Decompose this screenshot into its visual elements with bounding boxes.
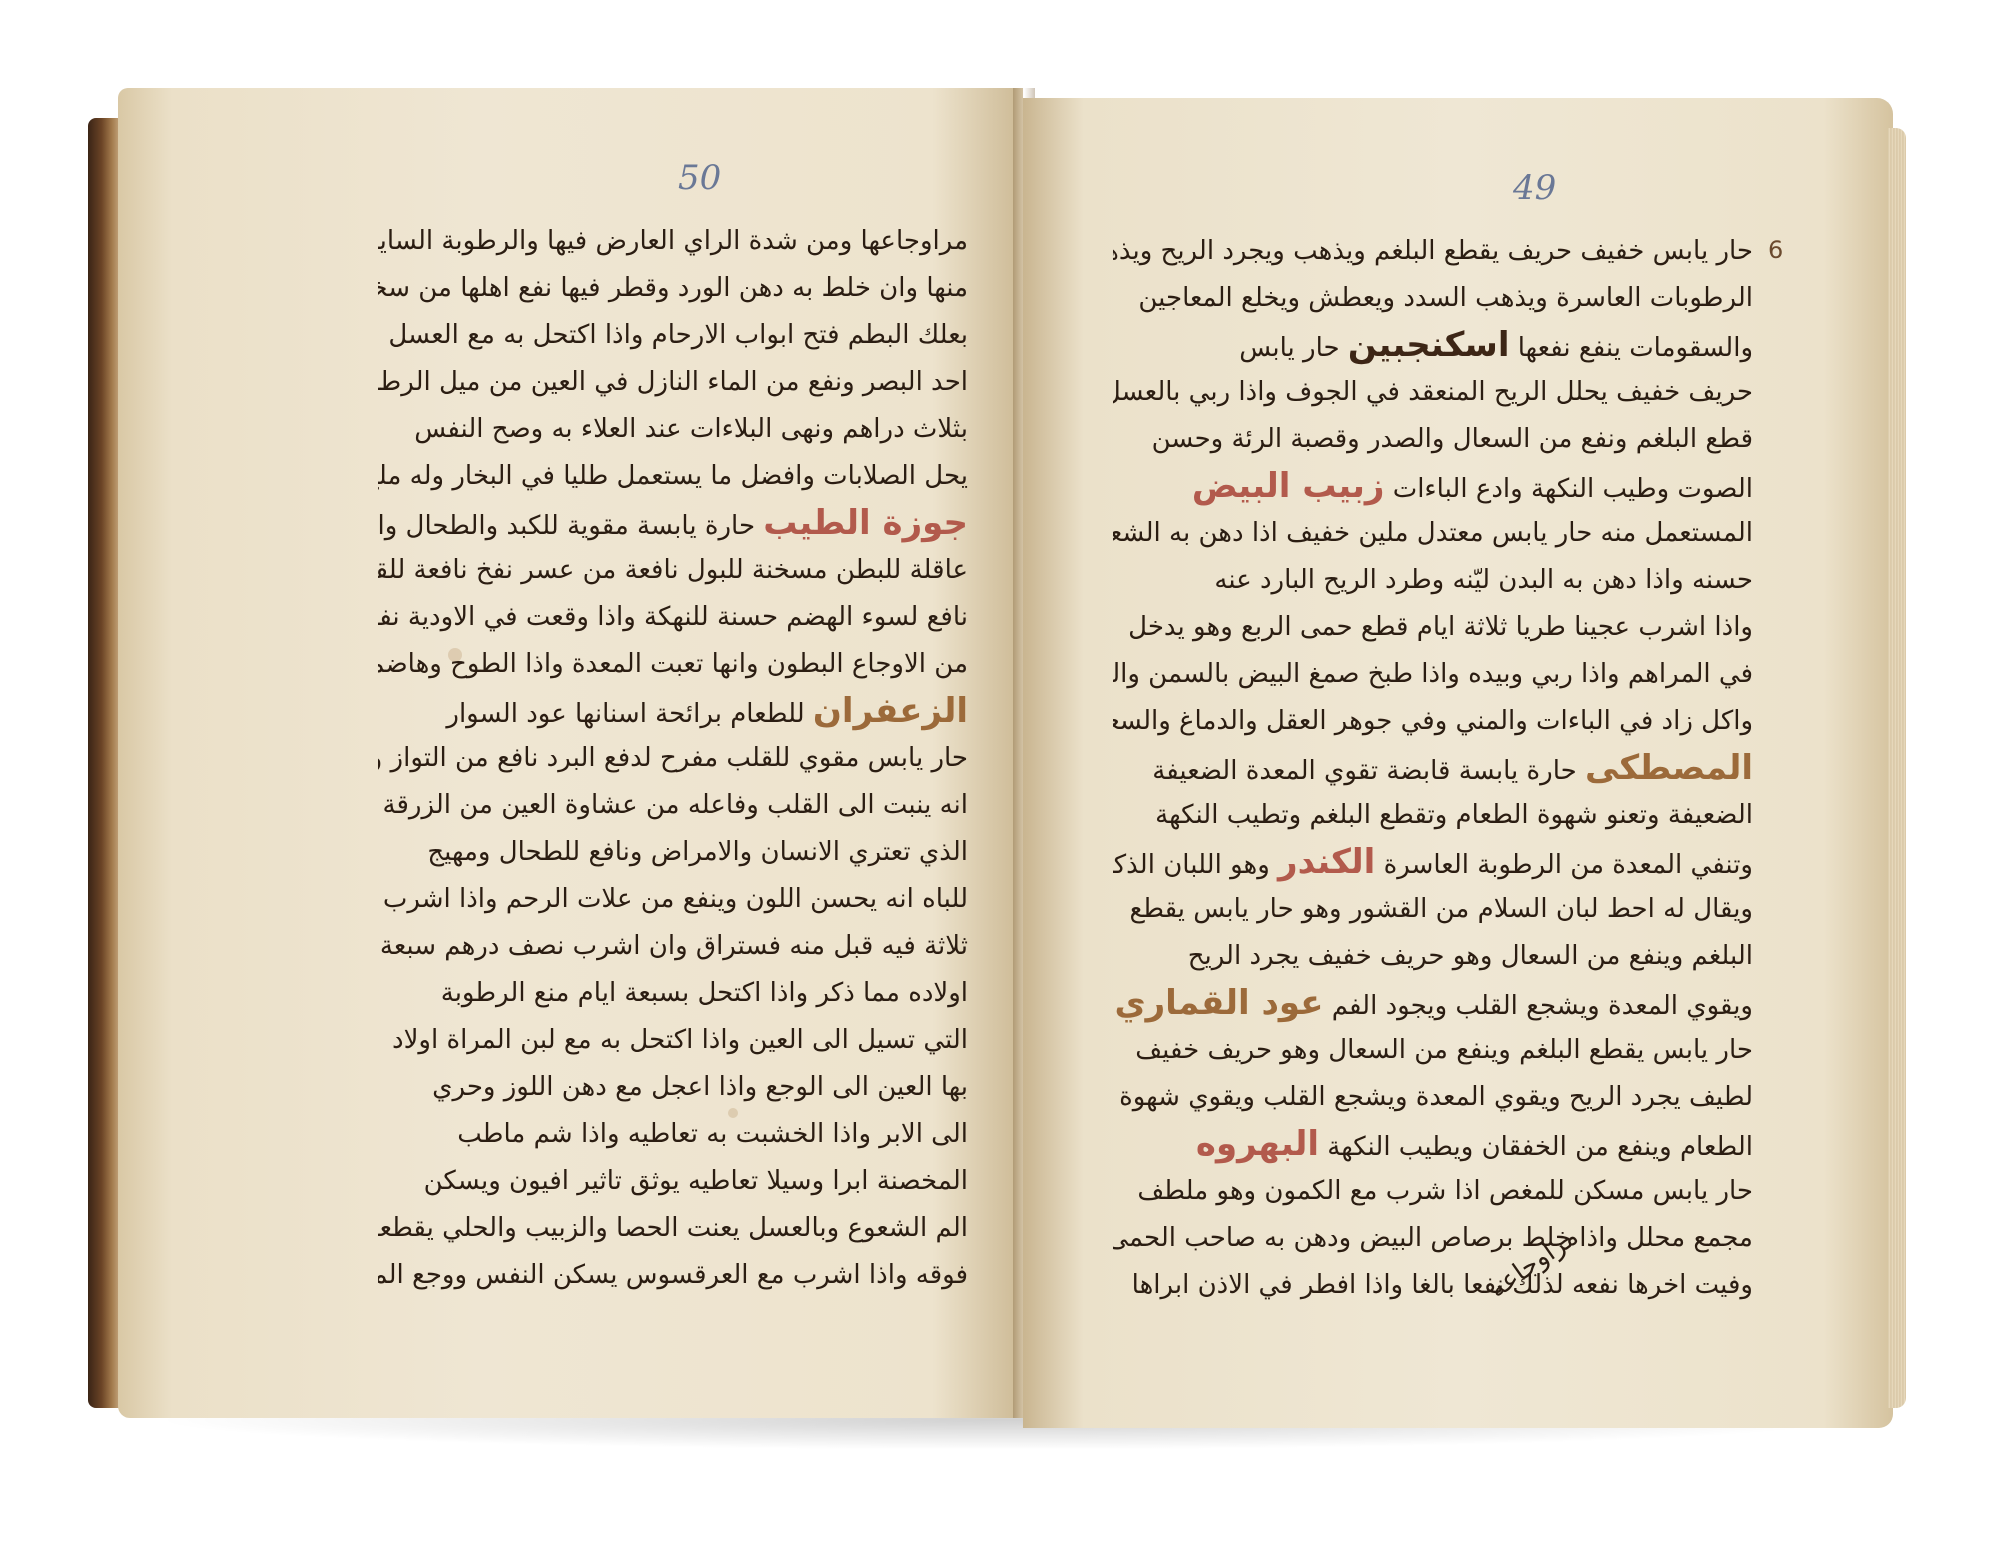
rubric-heading: عود القماري [1114,983,1323,1023]
margin-line-number: 6 [1768,236,1783,264]
line-text: ويقوي المعدة ويشجع القلب ويجود الفم [1323,991,1753,1021]
manuscript-line: نافع لسوء الهضم حسنة للنهكة واذا وقعت في… [378,594,968,641]
manuscript-line: حار يابس مسكن للمغص اذا شرب مع الكمون وه… [1113,1168,1753,1215]
manuscript-line: المخصنة ابرا وسيلا تعاطيه يوثق تاثير افي… [378,1158,968,1205]
manuscript-line: عاقلة للبطن مسخنة للبول نافعة من عسر نفخ… [378,547,968,594]
manuscript-line: ويقال له احط لبان السلام من القشور وهو ح… [1113,886,1753,933]
page-number-right: 49 [1513,168,1556,208]
manuscript-line: منها وان خلط به دهن الورد وقطر فيها نفع … [378,265,968,312]
manuscript-line: الزعفران للطعام برائحة اسنانها عود السوا… [378,688,968,735]
rubric-heading: البهروه [1196,1124,1319,1164]
manuscript-line: اولاده مما ذكر واذا اكتحل بسبعة ايام منع… [378,970,968,1017]
manuscript-line: ويقوي المعدة ويشجع القلب ويجود الفم عود … [1113,980,1753,1027]
manuscript-line: الى الابر واذا الخشبت به تعاطيه واذا شم … [378,1111,968,1158]
manuscript-line: وفيت اخرها نفعه لذلك نفعا بالغا واذا افط… [1113,1262,1753,1309]
line-text: حار يابس [1239,333,1348,363]
manuscript-line: التي تسيل الى العين واذا اكتحل به مع لبن… [378,1017,968,1064]
line-text: وهو اللبان الذكر [1113,850,1278,880]
manuscript-line: للباه انه يحسن اللون وينفع من علات الرحم… [378,876,968,923]
line-text: وتنفي المعدة من الرطوبة العاسرة [1375,850,1753,880]
manuscript-line: مجمع محلل واذا خلط برصاص البيض ودهن به ص… [1113,1215,1753,1262]
rubric-heading: جوزة الطيب [763,503,968,543]
manuscript-line: الذي تعتري الانسان والامراض ونافع للطحال… [378,829,968,876]
manuscript-line: احد البصر ونفع من الماء النازل في العين … [378,359,968,406]
right-page-text: حار يابس خفيف حريف يقطع البلغم ويذهب ويج… [1113,228,1753,1309]
manuscript-line: واذا اشرب عجينا طريا ثلاثة ايام قطع حمى … [1113,604,1753,651]
open-manuscript: 50 مراوجاعها ومن شدة الراي العارض فيها و… [88,88,1908,1478]
line-text: الطعام وينفع من الخفقان ويطيب النكهة [1319,1132,1753,1162]
manuscript-line: حار يابس يقطع البلغم وينفع من السعال وهو… [1113,1027,1753,1074]
line-text: حارة يابسة قابضة تقوي المعدة الضعيفة [1152,756,1585,786]
manuscript-line: جوزة الطيب حارة يابسة مقوية للكبد والطحا… [378,500,968,547]
manuscript-line: من الاوجاع البطون وانها تعبت المعدة واذا… [378,641,968,688]
manuscript-line: يحل الصلابات وافضل ما يستعمل طليا في الب… [378,453,968,500]
manuscript-line: بها العين الى الوجع واذا اعجل مع دهن الل… [378,1064,968,1111]
manuscript-line: فوقه واذا اشرب مع العرقسوس يسكن النفس وو… [378,1252,968,1299]
manuscript-line: انه ينبت الى القلب وفاعله من عشاوة العين… [378,782,968,829]
manuscript-line: حسنه واذا دهن به البدن ليّنه وطرد الريح … [1113,557,1753,604]
page-block-edges [1888,128,1906,1408]
manuscript-line: الم الشعوع وبالعسل يعنت الحصا والزبيب وا… [378,1205,968,1252]
manuscript-line: والسقومات ينفع نفعها اسكنجبين حار يابس [1113,322,1753,369]
manuscript-line: البلغم وينفع من السعال وهو حريف خفيف يجر… [1113,933,1753,980]
line-text: حارة يابسة مقوية للكبد والطحال والمعدة [378,511,763,541]
manuscript-line: حار يابس خفيف حريف يقطع البلغم ويذهب ويج… [1113,228,1753,275]
manuscript-line: الطعام وينفع من الخفقان ويطيب النكهة الب… [1113,1121,1753,1168]
manuscript-line: بعلك البطم فتح ابواب الارحام واذا اكتحل … [378,312,968,359]
manuscript-line: بثلاث دراهم ونهى البلاءات عند العلاء به … [378,406,968,453]
manuscript-line: المصطكى حارة يابسة قابضة تقوي المعدة الض… [1113,745,1753,792]
manuscript-line: ثلاثة فيه قبل منه فستراق وان اشرب نصف در… [378,923,968,970]
rubric-heading: اسكنجبين [1348,325,1510,365]
manuscript-line: مراوجاعها ومن شدة الراي العارض فيها والر… [378,218,968,265]
book-binding-edge [88,118,122,1408]
page-number-left: 50 [678,158,721,198]
manuscript-line: الضعيفة وتعنو شهوة الطعام وتقطع البلغم و… [1113,792,1753,839]
right-page: 49 6 حار يابس خفيف حريف يقطع البلغم ويذه… [1023,98,1893,1428]
line-text: للطعام برائحة اسنانها عود السوار [446,699,813,729]
manuscript-line: واكل زاد في الباءات والمني وفي جوهر العق… [1113,698,1753,745]
rubric-heading: المصطكى [1585,748,1753,788]
manuscript-line: وتنفي المعدة من الرطوبة العاسرة الكندر و… [1113,839,1753,886]
rubric-heading: الكندر [1278,842,1375,882]
line-text: والسقومات ينفع نفعها [1509,333,1753,363]
manuscript-line: لطيف يجرد الريح ويقوي المعدة ويشجع القلب… [1113,1074,1753,1121]
manuscript-line: قطع البلغم ونفع من السعال والصدر وقصبة ا… [1113,416,1753,463]
manuscript-line: الرطوبات العاسرة ويذهب السدد ويعطش ويخلع… [1113,275,1753,322]
line-text: الصوت وطيب النكهة وادع الباءات [1384,474,1753,504]
rubric-heading: زبيب البيض [1192,466,1385,506]
manuscript-line: حريف خفيف يحلل الريح المنعقد في الجوف وا… [1113,369,1753,416]
left-page-text: مراوجاعها ومن شدة الراي العارض فيها والر… [378,218,968,1299]
manuscript-line: حار يابس مقوي للقلب مفرح لدفع البرد نافع… [378,735,968,782]
manuscript-line: المستعمل منه حار يابس معتدل ملين خفيف اذ… [1113,510,1753,557]
left-page: 50 مراوجاعها ومن شدة الراي العارض فيها و… [118,88,1023,1418]
manuscript-line: في المراهم واذا ربي وبيده واذا طبخ صمغ ا… [1113,651,1753,698]
rubric-heading: الزعفران [813,691,968,731]
manuscript-line: الصوت وطيب النكهة وادع الباءات زبيب البي… [1113,463,1753,510]
